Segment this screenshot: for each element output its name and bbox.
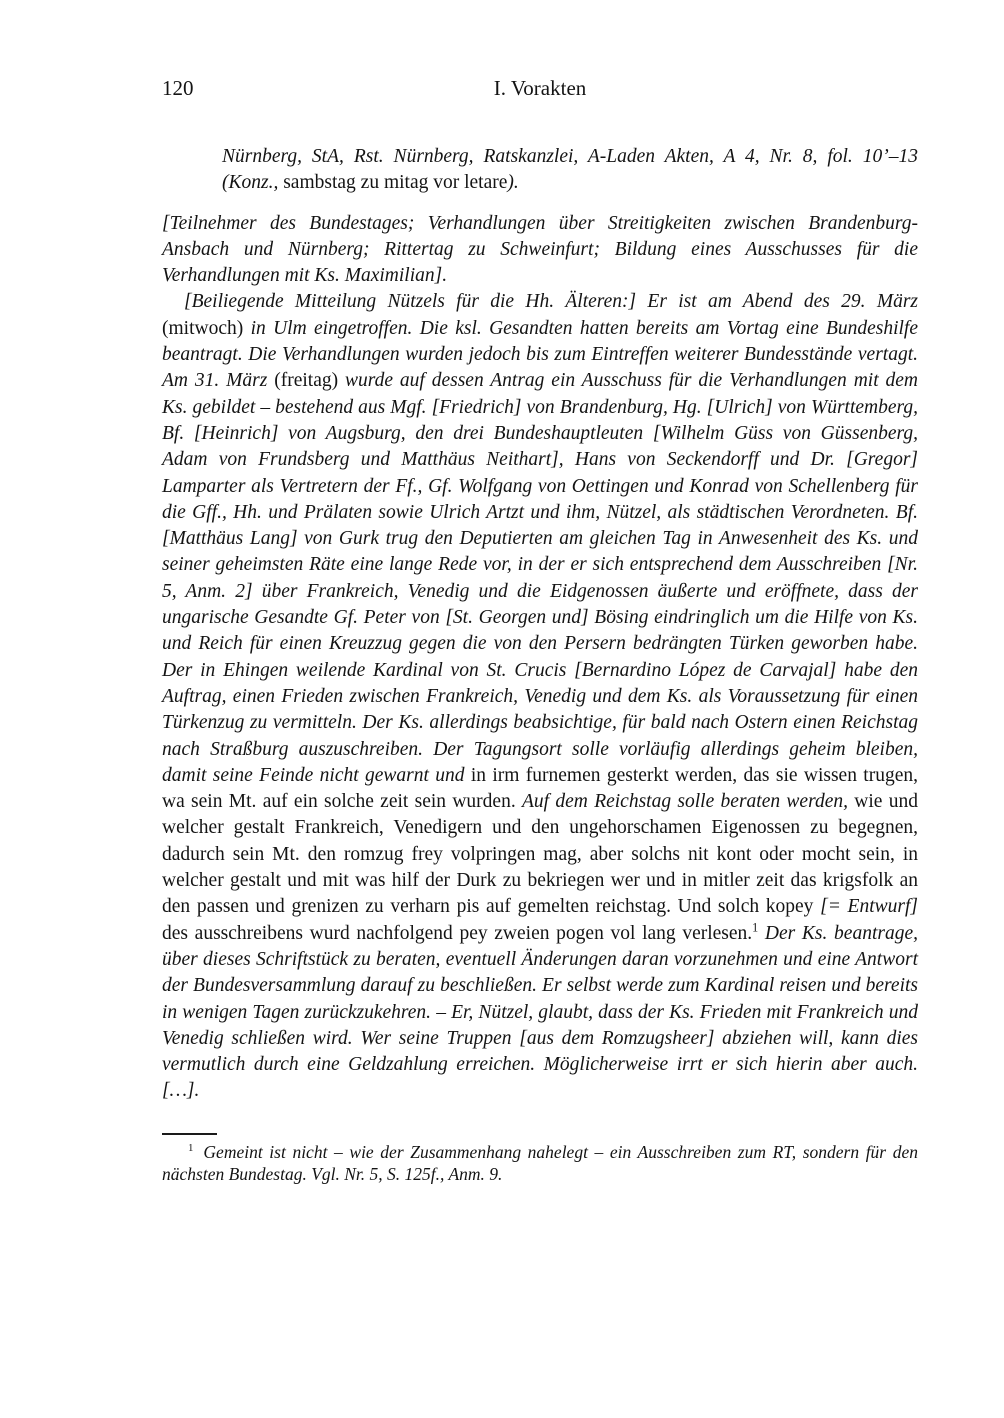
italic-run: ). <box>507 172 518 193</box>
book-page: 120 I. Vorakten Nürnberg, StA, Rst. Nürn… <box>0 0 1004 1418</box>
footnote-rule <box>162 1133 217 1135</box>
summary-paragraph: [Teilnehmer des Bundestages; Verhandlung… <box>162 211 918 290</box>
body-text: [Teilnehmer des Bundestages; Verhandlung… <box>162 211 918 1105</box>
roman-run: (freitag) <box>274 370 345 391</box>
roman-run: sambstag zu mitag vor letare <box>283 172 507 193</box>
italic-run: Gemeint ist nicht – wie der Zusammenhang… <box>162 1142 918 1185</box>
page-head: 120 I. Vorakten <box>162 76 918 104</box>
text-block: 120 I. Vorakten Nürnberg, StA, Rst. Nürn… <box>162 76 918 1186</box>
source-citation: Nürnberg, StA, Rst. Nürnberg, Ratskanzle… <box>222 144 918 197</box>
roman-run: des ausschreibens wurd nachfolgend pey z… <box>162 923 752 944</box>
report-paragraph: [Beiliegende Mitteilung Nützels für die … <box>162 289 918 1104</box>
italic-run: Auf dem Reichstag solle beraten werden, <box>522 791 854 812</box>
footnote: 1Gemeint ist nicht – wie der Zusammenhan… <box>162 1141 918 1186</box>
roman-run: (mitwoch) <box>162 318 251 339</box>
running-header: I. Vorakten <box>162 76 918 101</box>
page-number: 120 <box>162 76 194 101</box>
footnote-marker: 1 <box>188 1142 193 1154</box>
italic-run: [Beiliegende Mitteilung Nützels für die … <box>184 291 918 312</box>
italic-run: wurde auf dessen Antrag ein Ausschuss fü… <box>162 370 918 785</box>
italic-run: [Teilnehmer des Bundestages; Verhandlung… <box>162 213 918 287</box>
italic-run: Der Ks. beantrage, über dieses Schriftst… <box>162 923 918 1102</box>
italic-run: [= Entwurf] <box>820 896 918 917</box>
